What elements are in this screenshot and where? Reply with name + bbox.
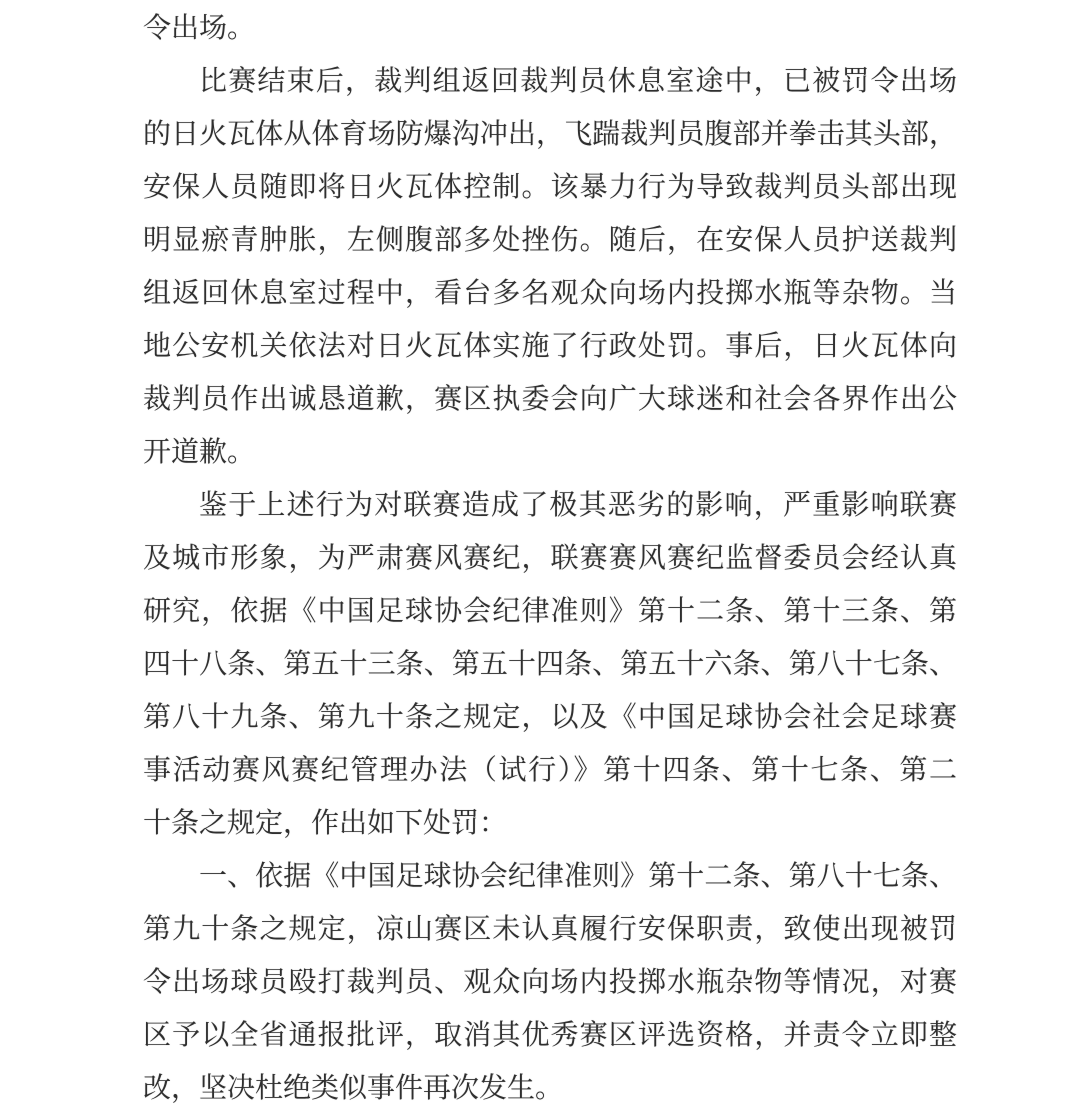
text-line: 区予以全省通报批评，取消其优秀赛区评选资格，并责令立即整 bbox=[143, 1009, 957, 1062]
text-line: 裁判员作出诚恳道歉，赛区执委会向广大球迷和社会各界作出公 bbox=[143, 373, 957, 426]
text-line: 四十八条、第五十三条、第五十四条、第五十六条、第八十七条、 bbox=[143, 638, 957, 691]
text-line: 改，坚决杜绝类似事件再次发生。 bbox=[143, 1062, 957, 1115]
text-line: 十条之规定，作出如下处罚： bbox=[143, 797, 957, 850]
text-line: 第八十九条、第九十条之规定，以及《中国足球协会社会足球赛 bbox=[143, 691, 957, 744]
paragraph: 令出场。 bbox=[143, 2, 957, 55]
text-line: 令出场。 bbox=[143, 2, 957, 55]
text-line: 明显瘀青肿胀，左侧腹部多处挫伤。随后，在安保人员护送裁判 bbox=[143, 214, 957, 267]
paragraph: 鉴于上述行为对联赛造成了极其恶劣的影响，严重影响联赛 及城市形象，为严肃赛风赛纪… bbox=[143, 479, 957, 850]
text-line: 开道歉。 bbox=[143, 426, 957, 479]
paragraph: 比赛结束后，裁判组返回裁判员休息室途中，已被罚令出场 的日火瓦体从体育场防爆沟冲… bbox=[143, 55, 957, 479]
text-line: 研究，依据《中国足球协会纪律准则》第十二条、第十三条、第 bbox=[143, 585, 957, 638]
text-line: 安保人员随即将日火瓦体控制。该暴力行为导致裁判员头部出现 bbox=[143, 161, 957, 214]
text-line: 鉴于上述行为对联赛造成了极其恶劣的影响，严重影响联赛 bbox=[143, 479, 957, 532]
text-line: 令出场球员殴打裁判员、观众向场内投掷水瓶杂物等情况，对赛 bbox=[143, 956, 957, 1009]
text-line: 一、依据《中国足球协会纪律准则》第十二条、第八十七条、 bbox=[143, 850, 957, 903]
text-line: 及城市形象，为严肃赛风赛纪，联赛赛风赛纪监督委员会经认真 bbox=[143, 532, 957, 585]
text-line: 比赛结束后，裁判组返回裁判员休息室途中，已被罚令出场 bbox=[143, 55, 957, 108]
text-line: 第九十条之规定，凉山赛区未认真履行安保职责，致使出现被罚 bbox=[143, 903, 957, 956]
text-line: 地公安机关依法对日火瓦体实施了行政处罚。事后，日火瓦体向 bbox=[143, 320, 957, 373]
text-line: 组返回休息室过程中，看台多名观众向场内投掷水瓶等杂物。当 bbox=[143, 267, 957, 320]
text-line: 的日火瓦体从体育场防爆沟冲出，飞踹裁判员腹部并拳击其头部， bbox=[143, 108, 957, 161]
document-page: 令出场。 比赛结束后，裁判组返回裁判员休息室途中，已被罚令出场 的日火瓦体从体育… bbox=[143, 2, 957, 1115]
text-line: 事活动赛风赛纪管理办法（试行）》第十四条、第十七条、第二 bbox=[143, 744, 957, 797]
paragraph: 一、依据《中国足球协会纪律准则》第十二条、第八十七条、 第九十条之规定，凉山赛区… bbox=[143, 850, 957, 1115]
